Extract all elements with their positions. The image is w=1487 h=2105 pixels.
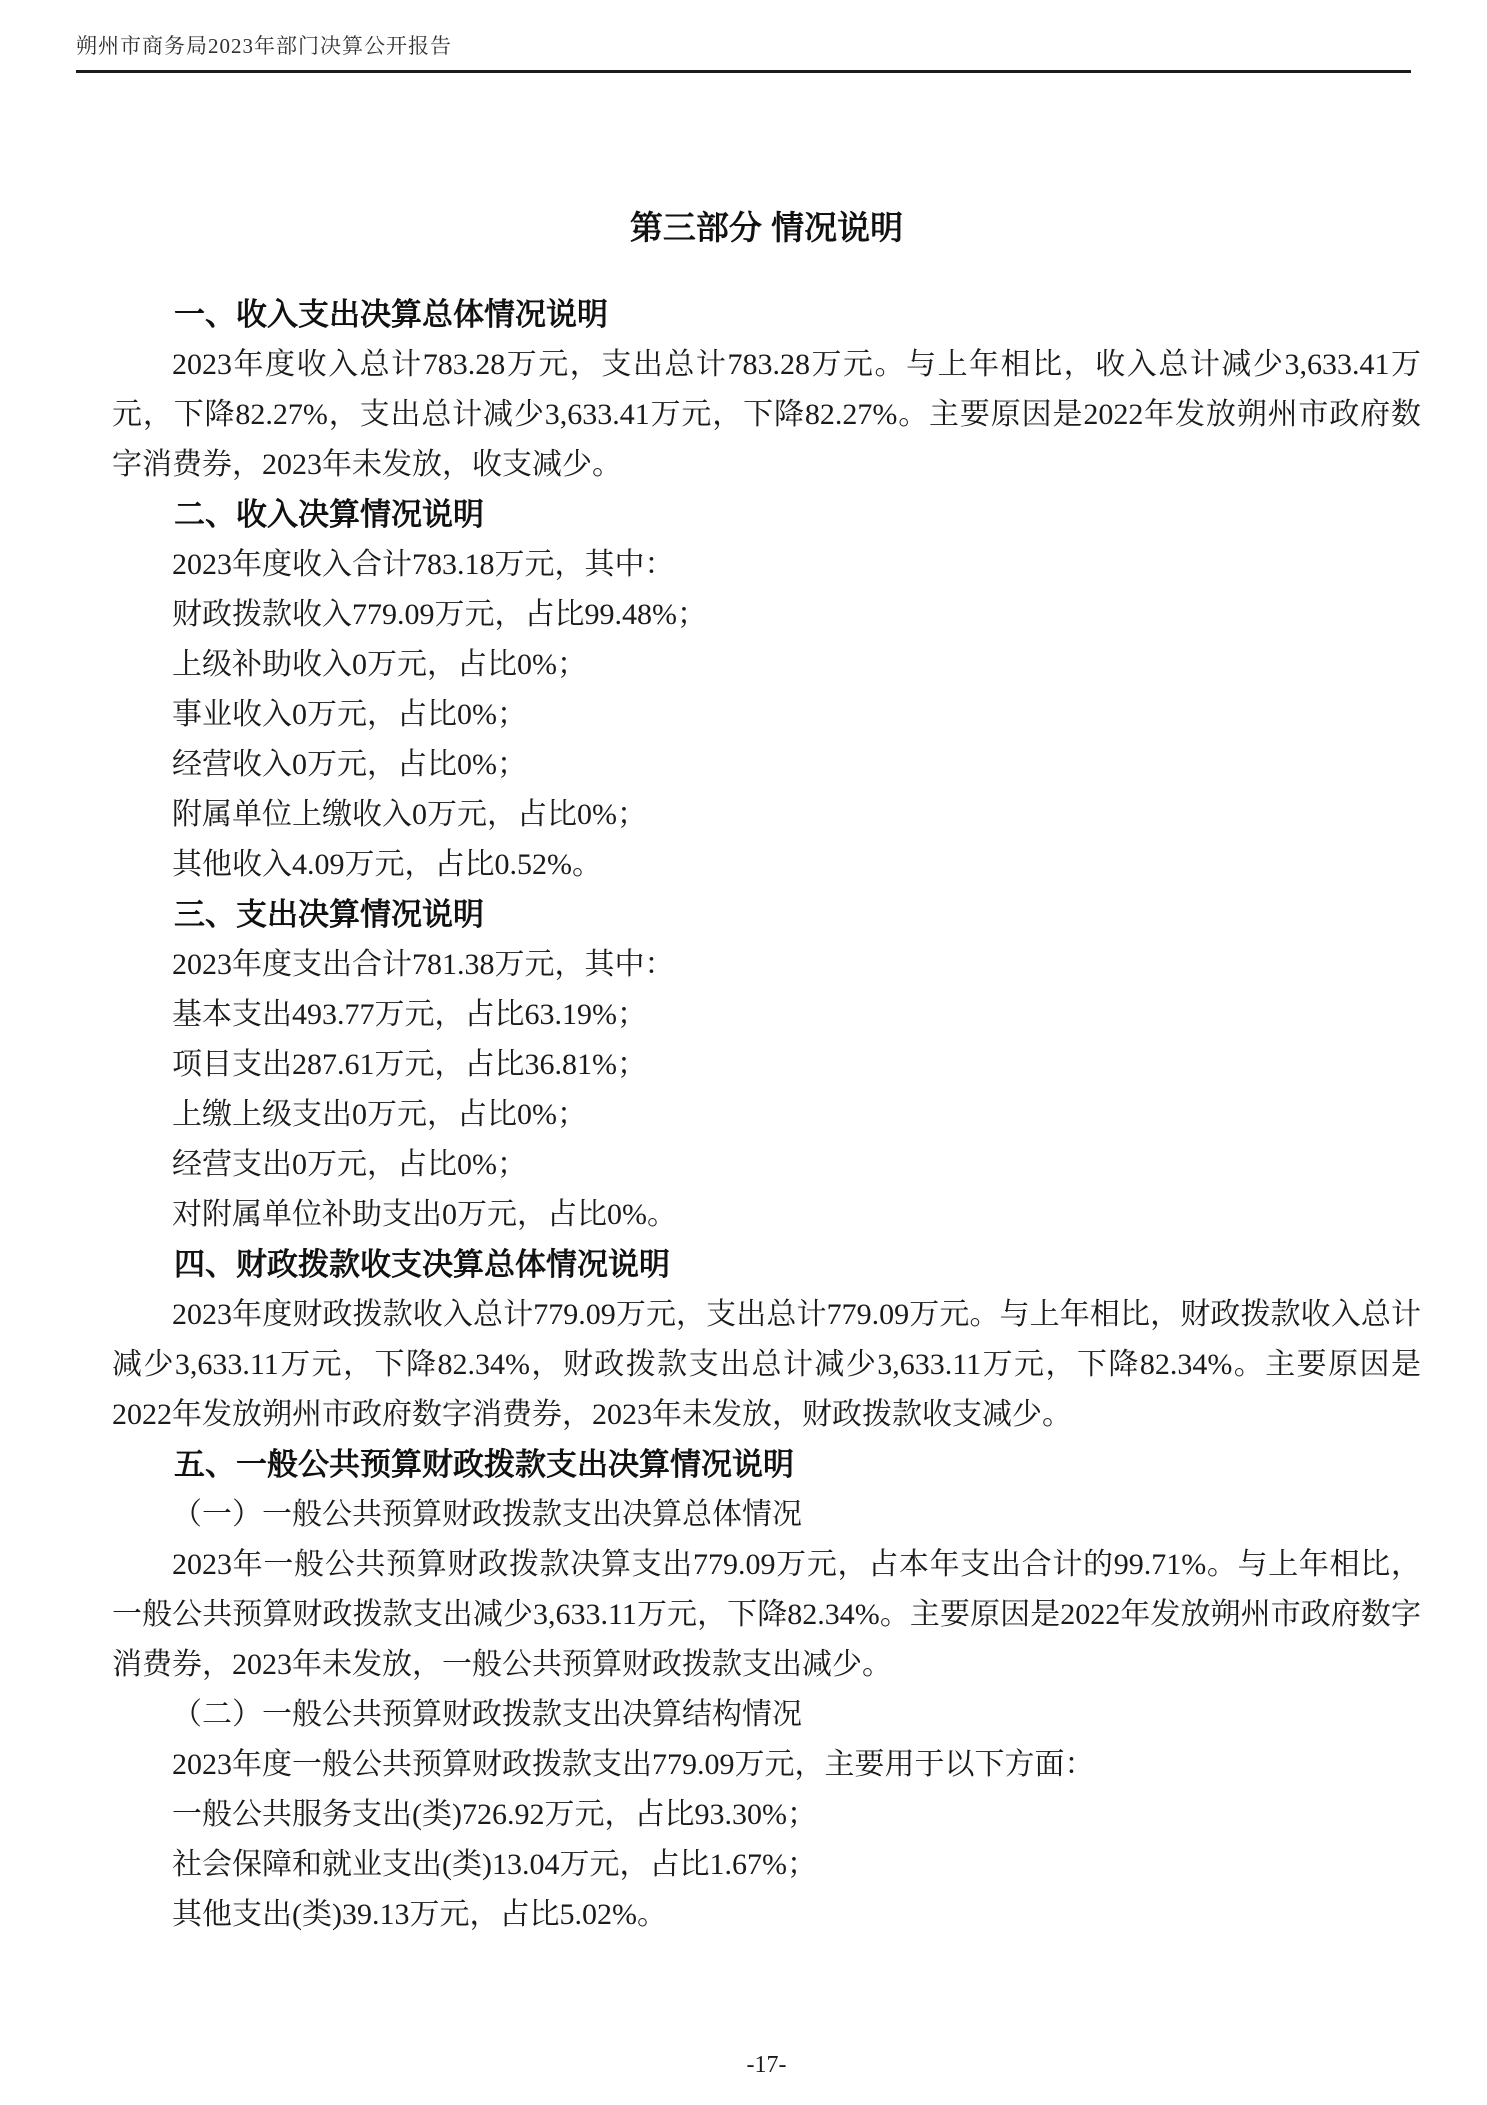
section-heading-general-public-budget: 五、一般公共预算财政拨款支出决算情况说明 <box>112 1440 1421 1490</box>
document-body: 第三部分 情况说明 一、收入支出决算总体情况说明 2023年度收入总计783.2… <box>112 0 1421 1940</box>
sub-heading-general-public-budget-structure: （二）一般公共预算财政拨款支出决算结构情况 <box>112 1690 1421 1740</box>
list-line-operating-income: 经营收入0万元，占比0%； <box>112 740 1421 790</box>
page-title: 第三部分 情况说明 <box>112 0 1421 250</box>
list-line-superior-subsidy-income: 上级补助收入0万元，占比0%； <box>112 640 1421 690</box>
section-heading-income-expenditure-overview: 一、收入支出决算总体情况说明 <box>112 290 1421 340</box>
page-number: -17- <box>112 2052 1421 2079</box>
list-line-operating-expenditure: 经营支出0万元，占比0%； <box>112 1140 1421 1190</box>
paragraph-expenditure-total: 2023年度支出合计781.38万元，其中： <box>112 940 1421 990</box>
list-line-institution-income: 事业收入0万元，占比0%； <box>112 690 1421 740</box>
sub-heading-general-public-budget-overview: （一）一般公共预算财政拨款支出决算总体情况 <box>112 1490 1421 1540</box>
list-line-basic-expenditure: 基本支出493.77万元，占比63.19%； <box>112 990 1421 1040</box>
section-heading-income-final-accounts: 二、收入决算情况说明 <box>112 490 1421 540</box>
list-line-general-public-service-expenditure: 一般公共服务支出(类)726.92万元，占比93.30%； <box>112 1790 1421 1840</box>
list-line-paid-to-superior-expenditure: 上缴上级支出0万元，占比0%； <box>112 1090 1421 1140</box>
paragraph-income-total: 2023年度收入合计783.18万元，其中： <box>112 540 1421 590</box>
list-line-fiscal-allocation-income: 财政拨款收入779.09万元，占比99.48%； <box>112 590 1421 640</box>
paragraph-income-expenditure-overview: 2023年度收入总计783.28万元，支出总计783.28万元。与上年相比，收入… <box>112 340 1421 490</box>
list-line-social-security-employment-expenditure: 社会保障和就业支出(类)13.04万元，占比1.67%； <box>112 1840 1421 1890</box>
list-line-project-expenditure: 项目支出287.61万元，占比36.81%； <box>112 1040 1421 1090</box>
list-line-subsidy-to-affiliated-expenditure: 对附属单位补助支出0万元，占比0%。 <box>112 1190 1421 1240</box>
paragraph-general-public-budget-overview: 2023年一般公共预算财政拨款决算支出779.09万元，占本年支出合计的99.7… <box>112 1540 1421 1690</box>
paragraph-fiscal-allocation-overview: 2023年度财政拨款收入总计779.09万元，支出总计779.09万元。与上年相… <box>112 1290 1421 1440</box>
list-line-other-expenditure: 其他支出(类)39.13万元，占比5.02%。 <box>112 1890 1421 1940</box>
document-page: { "header": { "title": "朔州市商务局2023年部门决算公… <box>0 0 1487 2105</box>
paragraph-general-public-budget-structure: 2023年度一般公共预算财政拨款支出779.09万元，主要用于以下方面： <box>112 1740 1421 1790</box>
section-heading-expenditure-final-accounts: 三、支出决算情况说明 <box>112 890 1421 940</box>
section-heading-fiscal-allocation-overview: 四、财政拨款收支决算总体情况说明 <box>112 1240 1421 1290</box>
list-line-other-income: 其他收入4.09万元，占比0.52%。 <box>112 840 1421 890</box>
list-line-affiliated-unit-income: 附属单位上缴收入0万元，占比0%； <box>112 790 1421 840</box>
